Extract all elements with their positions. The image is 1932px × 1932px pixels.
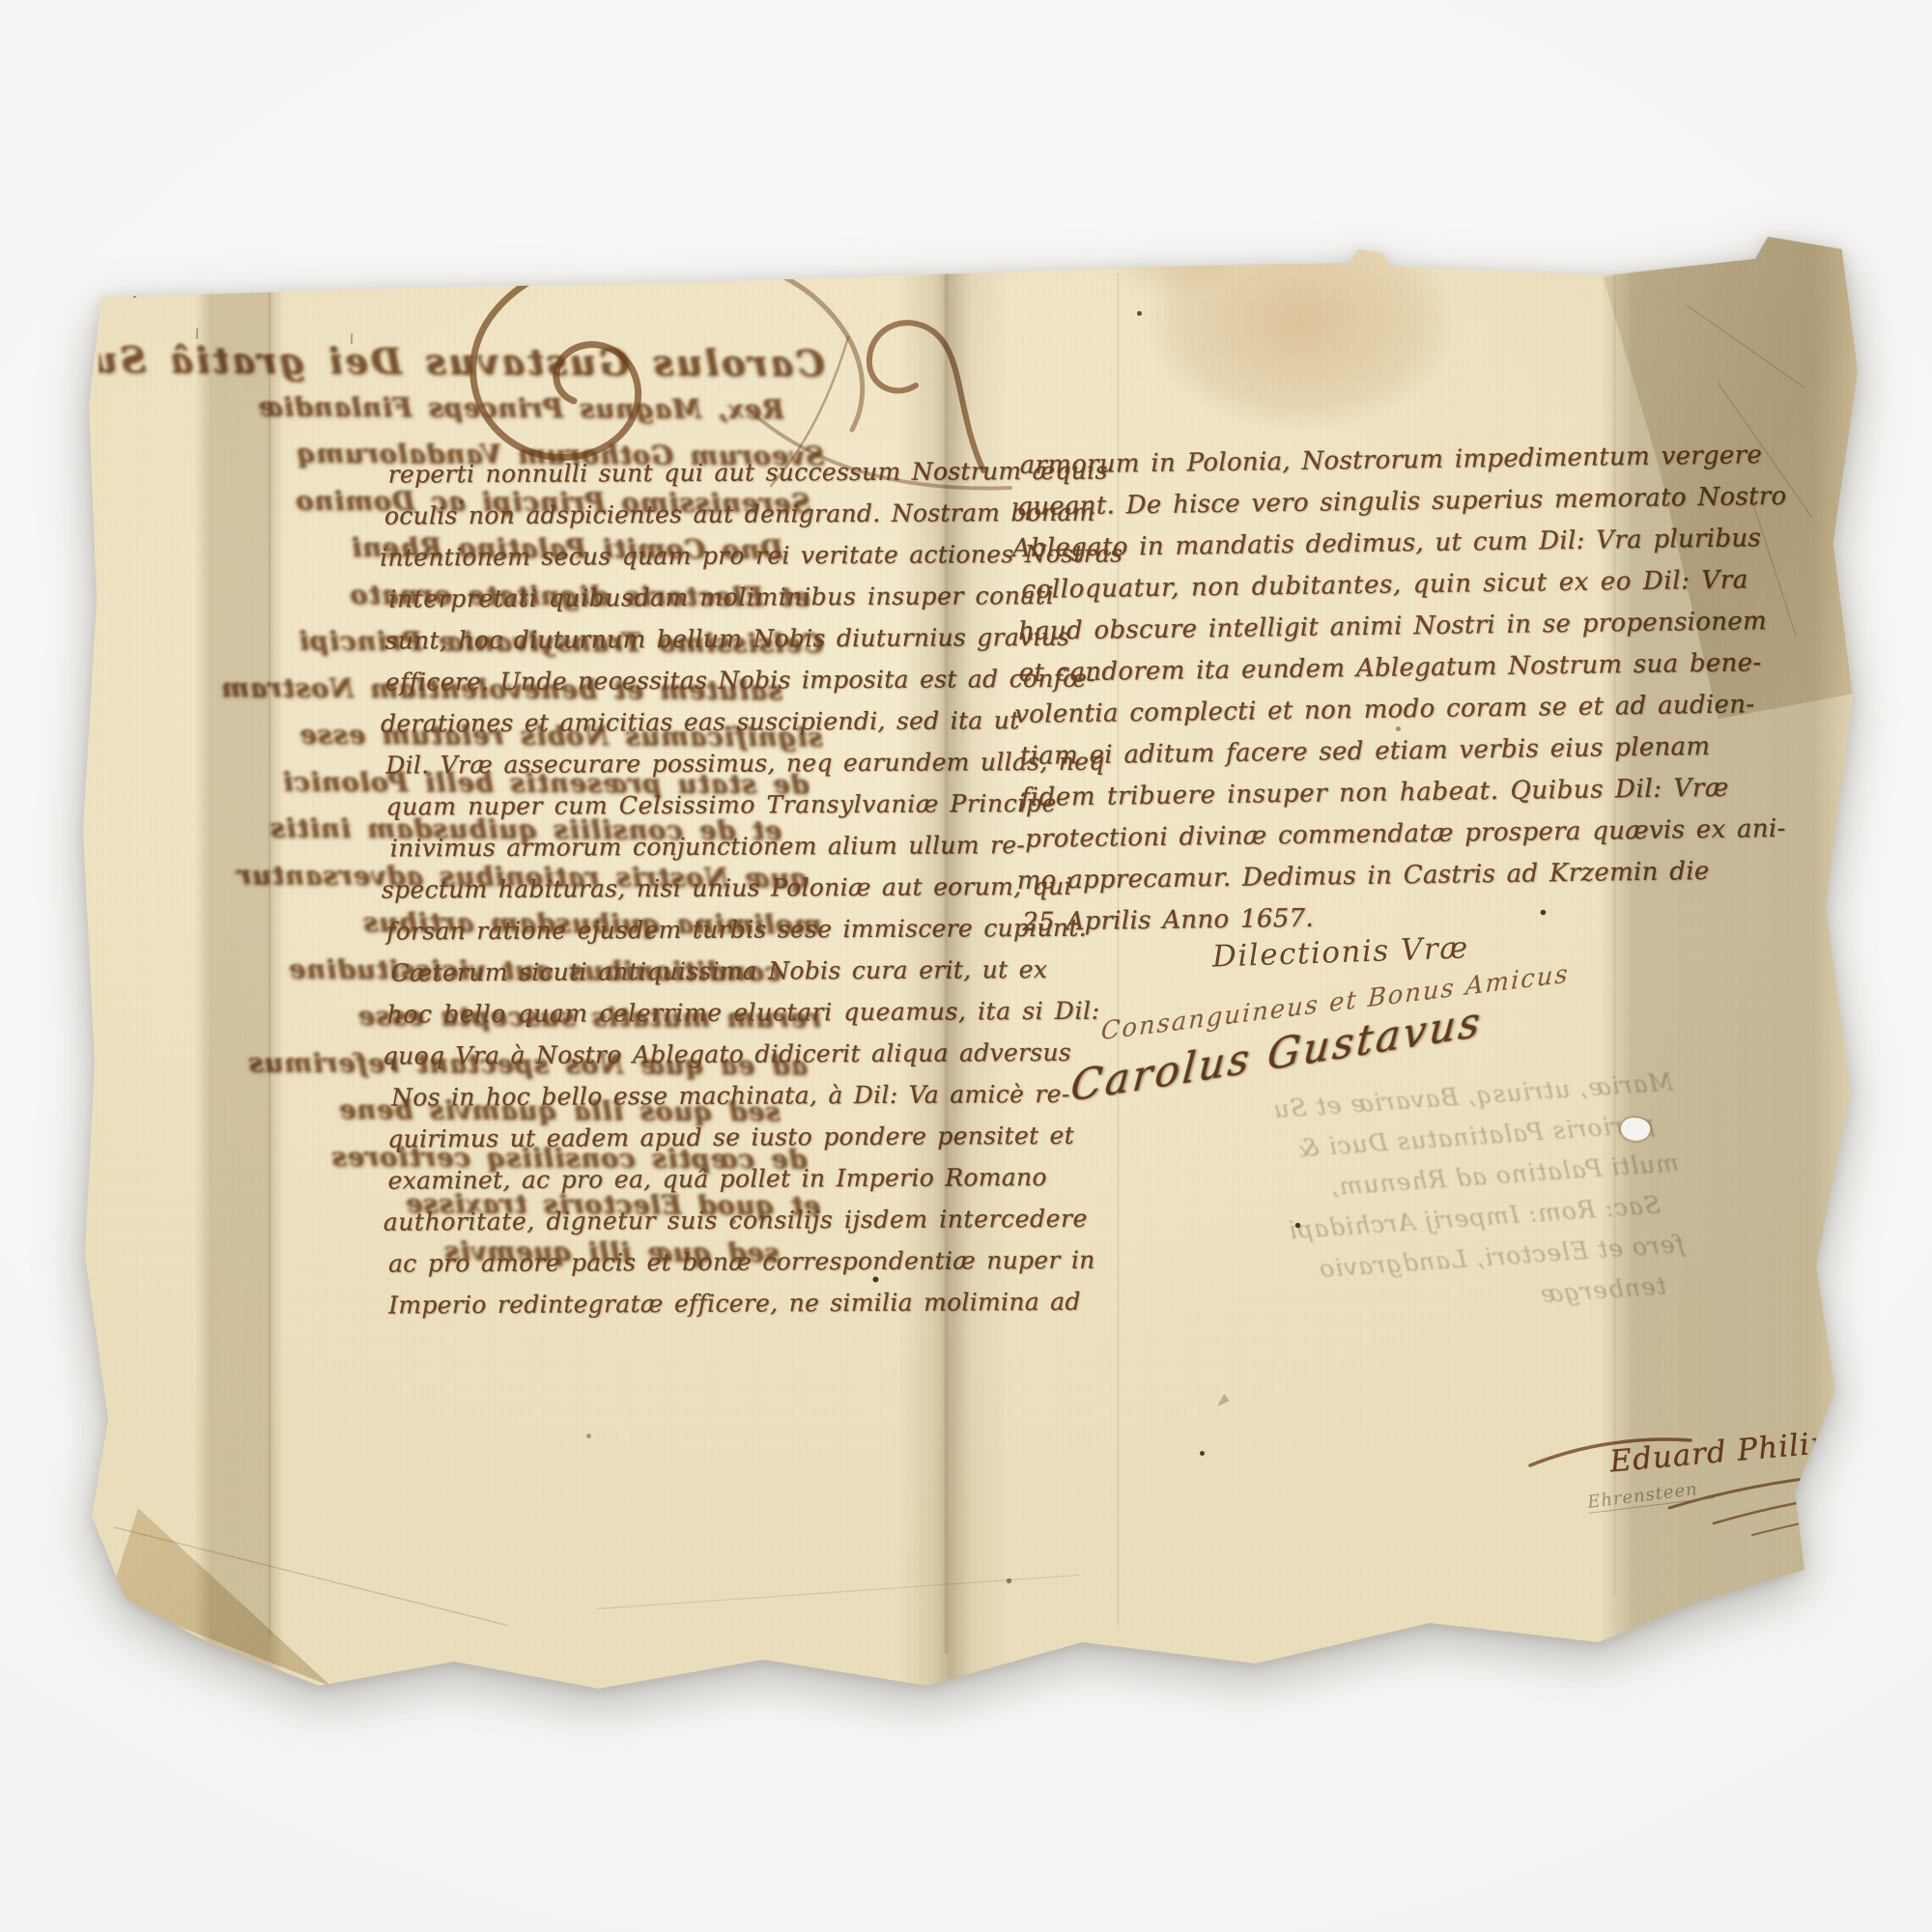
left-fold-crease [268,293,271,1637]
paper-hole [1618,1114,1652,1144]
right-page-text: armorum in Polonia, Nostrorum impediment… [1015,434,1848,944]
paper-drop-shadow: Carolus Gustavus Dei gratiâ SueRex, Magn… [0,0,1932,1932]
dog-ear-fold [104,1500,346,1698]
ink-specks [133,295,136,298]
manuscript-line: ac pro amore pacis et bonæ correspondent… [388,1239,980,1284]
manuscript-line: quoq Vra à Nostro Ablegato didicerit ali… [383,1032,979,1076]
offset-ghost-text-right-page: Mariæ, utriusq, Bavariæ et Superioris Pa… [1147,1062,1689,1341]
manuscript-line: inivimus armorum conjunctionem alium ull… [390,824,978,868]
manuscript-line: efficere. Unde necessitas Nobis imposita… [385,658,977,702]
manuscript-line: intentionem secus quam pro rei veritate … [380,533,976,578]
manuscript-line: Nos in hoc bello esse machinata, à Dil: … [391,1073,979,1118]
manuscript-line: authoritate, dignetur suis consilijs ijs… [384,1198,980,1242]
pin-mark [351,333,354,344]
ghost-line: fero et Electori, Landgravio [1158,1224,1687,1301]
photo-background: Carolus Gustavus Dei gratiâ SueRex, Magn… [0,0,1932,1932]
manuscript-line: hoc bello quam celerrime eluctari queamu… [387,990,979,1035]
ghost-line: perioris Palatinatus Duci & [1150,1104,1657,1179]
manuscript-line: spectum habituras, nisi unius Poloniæ au… [382,866,978,910]
manuscript-line: oculis non adspicientes aut denigrand. N… [384,492,976,536]
pin-mark [196,328,199,339]
debris-speck [1217,1394,1230,1406]
manuscript-line: quirimus ut eadem apud se iusto pondere … [387,1115,979,1159]
ghost-line: Sac: Rom: Imperij Archidapi [1155,1185,1662,1261]
manuscript-line: quam nuper cum Celsissimo Transylvaniæ P… [385,782,977,827]
manuscript-bifolium: Carolus Gustavus Dei gratiâ SueRex, Magn… [75,179,1872,1705]
wrinkle-crease [598,1575,1080,1610]
manuscript-line: examinet, ac pro ea, quâ pollet in Imper… [387,1156,979,1201]
wrinkle-crease [114,1526,508,1627]
manuscript-line: derationes et amicitias eas suscipiendi,… [381,699,977,744]
manuscript-line: interpretati quibusdam moliminibus insup… [388,575,976,619]
ghost-line: tenbergæ [1161,1265,1668,1341]
left-page-text: reperti nonnulli sunt qui aut successum … [384,450,980,1325]
manuscript-line: Imperio redintegratæ efficere, ne simili… [388,1281,980,1325]
manuscript-line: Cæterum sicuti antiquissima Nobis cura e… [390,949,978,993]
manuscript-line: Dil. Vræ assecurare possimus, neq earund… [385,741,977,785]
ghost-line: multi Palatino ad Rhenum, [1152,1143,1681,1220]
flap-crease [1686,304,1805,389]
manuscript-line: sunt, hoc diuturnum bellum Nobis diuturn… [385,616,977,661]
manuscript-line: forsan ratione ejusdem turbis sese immis… [386,907,978,952]
manuscript-line: reperti nonnulli sunt qui aut successum … [388,450,976,495]
